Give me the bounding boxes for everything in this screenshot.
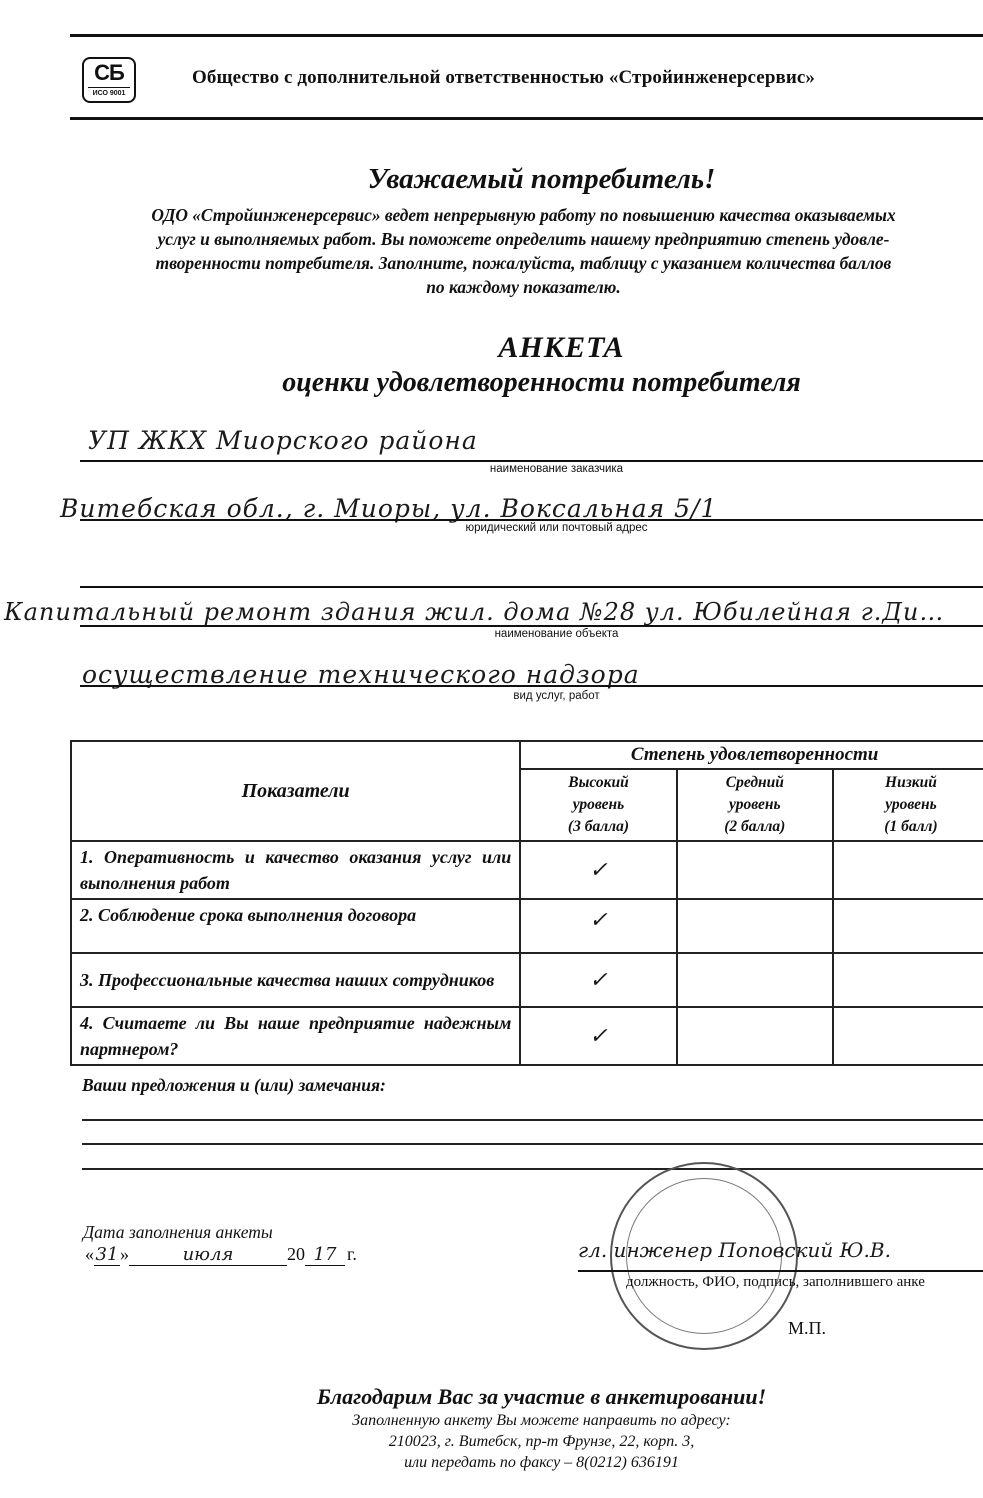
low-check-cell[interactable] bbox=[833, 1007, 983, 1065]
date-open-quote: « bbox=[85, 1244, 94, 1264]
logo-mark: СБ bbox=[84, 59, 134, 87]
service-line bbox=[80, 685, 983, 687]
stamp-place-label: М.П. bbox=[788, 1318, 826, 1339]
indicator-cell: 2. Соблюдение срока выполнения договора bbox=[71, 899, 520, 953]
date-close-quote: » bbox=[120, 1244, 129, 1264]
logo-iso-text: ИСО 9001 bbox=[88, 87, 130, 99]
level-name: Высокий bbox=[521, 772, 675, 794]
level-points: (1 балл) bbox=[834, 816, 983, 838]
level-name: Средний bbox=[678, 772, 832, 794]
remarks-line[interactable] bbox=[82, 1119, 983, 1121]
footer-address: 210023, г. Витебск, пр-т Фрунзе, 22, кор… bbox=[100, 1431, 983, 1452]
form-subtitle: оценки удовлетворенности потребителя bbox=[0, 367, 983, 399]
low-check-cell[interactable] bbox=[833, 953, 983, 1007]
level-points: (3 балла) bbox=[521, 816, 675, 838]
intro-line: услуг и выполняемых работ. Вы поможете о… bbox=[64, 227, 983, 251]
level-high-header: Высокий уровень (3 балла) bbox=[520, 769, 676, 841]
greeting-title: Уважаемый потребитель! bbox=[0, 163, 983, 196]
date-day-field[interactable]: 31 bbox=[94, 1244, 120, 1266]
address-caption: юридический или почтовый адрес bbox=[0, 522, 983, 534]
object-caption: наименование объекта bbox=[0, 628, 983, 640]
indicator-cell: 4. Считаете ли Вы наше предприятие надеж… bbox=[71, 1007, 520, 1065]
footer-fax: или передать по факсу – 8(0212) 636191 bbox=[100, 1452, 983, 1473]
object-line bbox=[80, 625, 983, 627]
object-field[interactable]: Капитальный ремонт здания жил. дома №28 … bbox=[4, 598, 944, 626]
customer-line bbox=[80, 460, 983, 462]
stb-iso-logo-icon: СБ ИСО 9001 bbox=[82, 57, 136, 103]
level-medium-header: Средний уровень (2 балла) bbox=[677, 769, 833, 841]
address-line bbox=[80, 519, 983, 521]
indicator-cell: 3. Профессиональные качества наших сотру… bbox=[71, 953, 520, 1007]
signature-caption: должность, ФИО, подпись, заполнившего ан… bbox=[626, 1274, 925, 1291]
level-sub: уровень bbox=[521, 794, 675, 816]
satisfaction-table: Показатели Степень удовлетворенности Выс… bbox=[70, 740, 983, 1066]
date-year-field[interactable]: 17 bbox=[305, 1244, 345, 1266]
form-title: АНКЕТА bbox=[0, 331, 983, 365]
level-points: (2 балла) bbox=[678, 816, 832, 838]
table-row: 4. Считаете ли Вы наше предприятие надеж… bbox=[71, 1007, 983, 1065]
footer-contact: Заполненную анкету Вы можете направить п… bbox=[0, 1410, 983, 1473]
date-month-field[interactable]: июля bbox=[129, 1244, 287, 1266]
remarks-line[interactable] bbox=[82, 1143, 983, 1145]
high-check-cell[interactable]: ✓ bbox=[520, 1007, 676, 1065]
header-rule-top bbox=[70, 34, 983, 37]
medium-check-cell[interactable] bbox=[677, 1007, 833, 1065]
customer-caption: наименование заказчика bbox=[0, 463, 983, 475]
high-check-cell[interactable]: ✓ bbox=[520, 953, 676, 1007]
medium-check-cell[interactable] bbox=[677, 953, 833, 1007]
service-caption: вид услуг, работ bbox=[0, 690, 983, 702]
thanks-text: Благодарим Вас за участие в анкетировани… bbox=[0, 1384, 983, 1410]
signature-field[interactable]: гл. инженер Поповский Ю.В. bbox=[578, 1238, 891, 1262]
date-label: Дата заполнения анкеты bbox=[83, 1222, 273, 1243]
intro-line: по каждому показателю. bbox=[64, 275, 983, 299]
low-check-cell[interactable] bbox=[833, 899, 983, 953]
remarks-label: Ваши предложения и (или) замечания: bbox=[82, 1075, 386, 1096]
satisfaction-header: Степень удовлетворенности bbox=[520, 741, 983, 769]
high-check-cell[interactable]: ✓ bbox=[520, 899, 676, 953]
company-name: Общество с дополнительной ответственност… bbox=[192, 67, 815, 89]
level-name: Низкий bbox=[834, 772, 983, 794]
intro-line: ОДО «Стройинженерсервис» ведет непрерывн… bbox=[64, 203, 983, 227]
medium-check-cell[interactable] bbox=[677, 841, 833, 899]
low-check-cell[interactable] bbox=[833, 841, 983, 899]
intro-line: творенности потребителя. Заполните, пожа… bbox=[64, 251, 983, 275]
intro-text: ОДО «Стройинженерсервис» ведет непрерывн… bbox=[64, 203, 983, 299]
table-row: 1. Оперативность и качество оказания усл… bbox=[71, 841, 983, 899]
date-row: «31»июля2017г. bbox=[85, 1244, 357, 1266]
indicator-cell: 1. Оперативность и качество оказания усл… bbox=[71, 841, 520, 899]
signature-line bbox=[578, 1270, 983, 1272]
blank-line bbox=[80, 586, 983, 588]
header-rule-bottom bbox=[70, 117, 983, 120]
customer-field[interactable]: УП ЖКХ Миорского района bbox=[88, 426, 478, 455]
table-row: 2. Соблюдение срока выполнения договора … bbox=[71, 899, 983, 953]
table-row: 3. Профессиональные качества наших сотру… bbox=[71, 953, 983, 1007]
level-sub: уровень bbox=[834, 794, 983, 816]
indicators-header: Показатели bbox=[71, 741, 520, 841]
level-sub: уровень bbox=[678, 794, 832, 816]
footer-line: Заполненную анкету Вы можете направить п… bbox=[100, 1410, 983, 1431]
remarks-line[interactable] bbox=[82, 1168, 983, 1170]
level-low-header: Низкий уровень (1 балл) bbox=[833, 769, 983, 841]
date-century: 20 bbox=[287, 1244, 305, 1264]
medium-check-cell[interactable] bbox=[677, 899, 833, 953]
date-year-suffix: г. bbox=[347, 1244, 357, 1264]
high-check-cell[interactable]: ✓ bbox=[520, 841, 676, 899]
